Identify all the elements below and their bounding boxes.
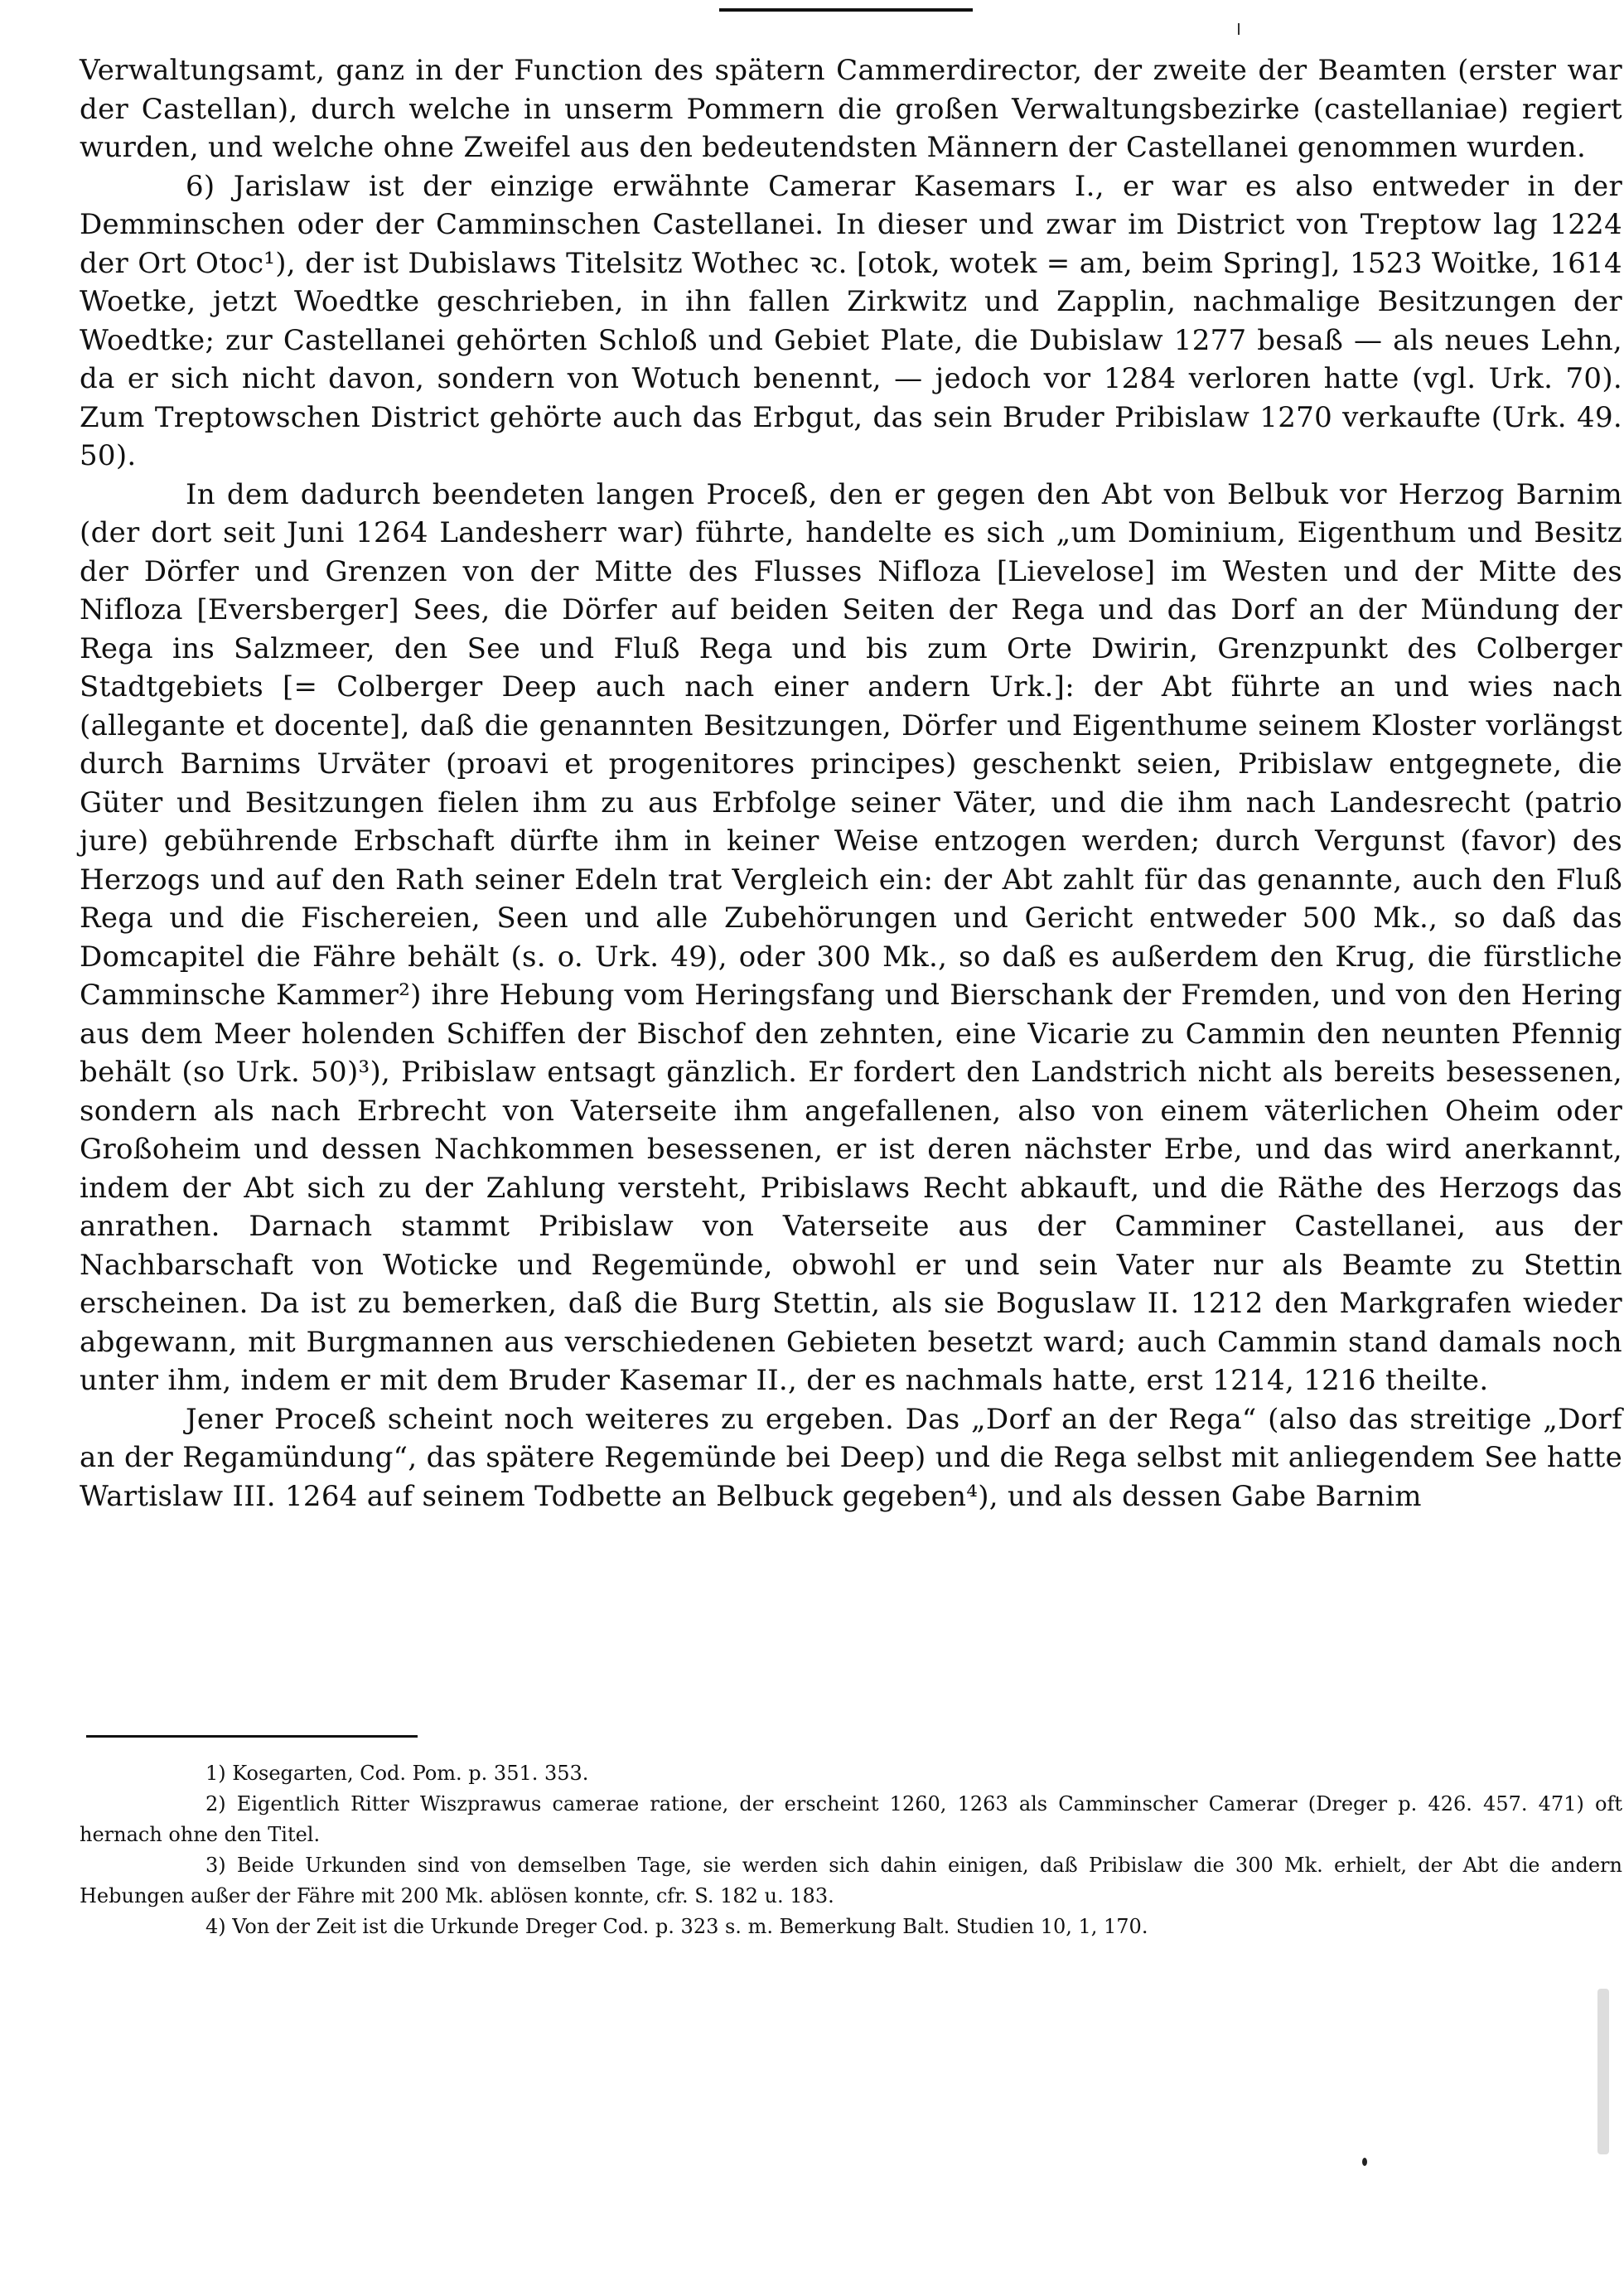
footnote-rule bbox=[86, 1735, 418, 1738]
paragraph: 6) Jarislaw ist der einzige erwähnte Cam… bbox=[80, 167, 1622, 476]
paragraph: In dem dadurch beendeten langen Proceß, … bbox=[80, 476, 1622, 1400]
print-mark bbox=[1238, 23, 1240, 35]
footnote: 3) Beide Urkunden sind von demselben Tag… bbox=[80, 1850, 1622, 1912]
paragraph: Verwaltungsamt, ganz in der Function des… bbox=[80, 51, 1622, 167]
footnote: 2) Eigentlich Ritter Wiszprawus camerae … bbox=[80, 1789, 1622, 1850]
body-text: Verwaltungsamt, ganz in der Function des… bbox=[80, 51, 1622, 1516]
header-rule bbox=[719, 8, 973, 12]
ink-speck bbox=[1597, 1989, 1609, 2154]
footnote: 4) Von der Zeit ist die Urkunde Dreger C… bbox=[80, 1912, 1622, 1942]
footnotes: 1) Kosegarten, Cod. Pom. p. 351. 353. 2)… bbox=[80, 1758, 1622, 1942]
footnote: 1) Kosegarten, Cod. Pom. p. 351. 353. bbox=[80, 1758, 1622, 1789]
paragraph: Jener Proceß scheint noch weiteres zu er… bbox=[80, 1400, 1622, 1516]
ink-speck bbox=[1362, 2158, 1367, 2166]
